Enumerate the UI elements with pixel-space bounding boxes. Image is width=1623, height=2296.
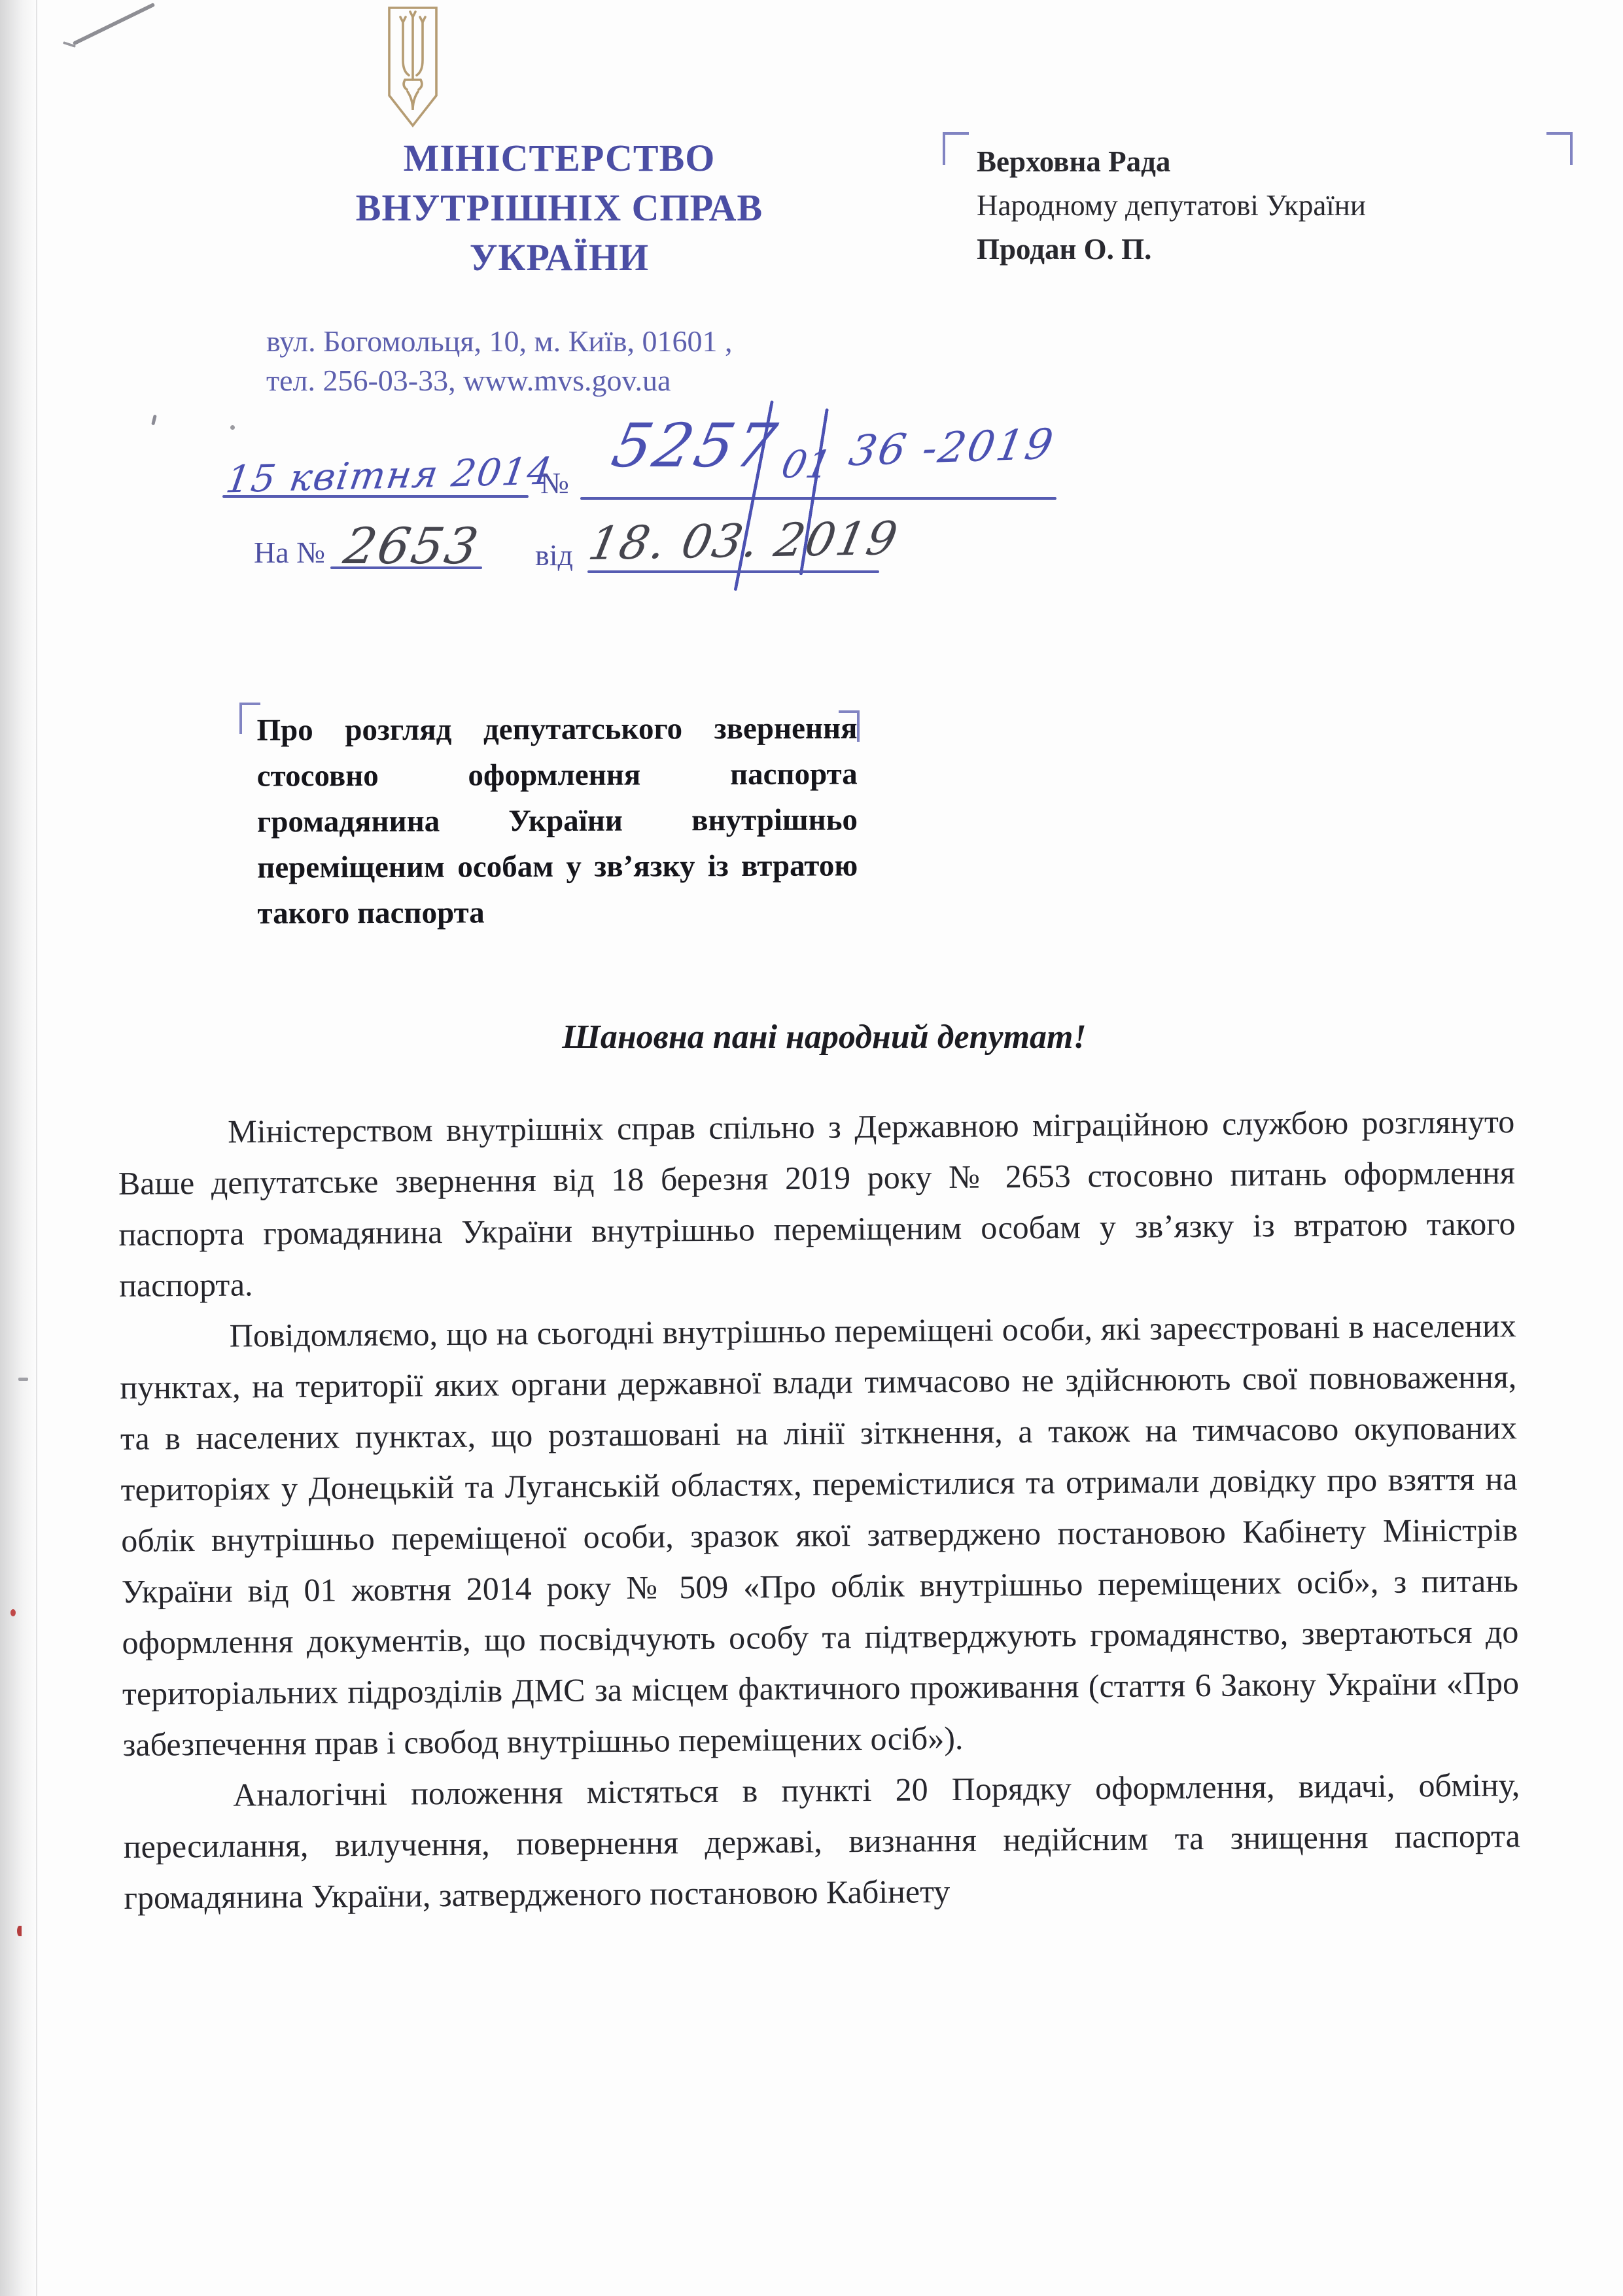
reply-date-underline [587, 570, 879, 573]
recipient-block: Верховна Рада Народному депутатові Украї… [977, 140, 1366, 271]
ministry-name-line2: ВНУТРІШНІХ СПРАВ [236, 183, 883, 233]
reply-date-handwritten: 18. 03. 2019 [584, 512, 903, 570]
address-line2: тел. 256-03-33, www.mvs.gov.ua [266, 361, 732, 400]
subject-block: Про розгляд депутатського звернення стос… [256, 705, 858, 936]
trident-center-tip [410, 12, 415, 17]
recipient-corner-mark-right [1546, 132, 1573, 165]
trident-base-left [404, 80, 407, 90]
trident-left-prong [403, 21, 409, 75]
scan-edge-line [36, 0, 37, 2296]
outgoing-date-handwritten: 15 квітня 2014 [223, 450, 556, 502]
ink-speck [151, 415, 157, 426]
reply-number-underline [330, 566, 482, 569]
trident-right-prong [417, 21, 423, 75]
ministry-name-block: МІНІСТЕРСТВО ВНУТРІШНІХ СПРАВ УКРАЇНИ [236, 133, 883, 283]
trident-bottom-fluke [408, 92, 418, 110]
salutation: Шановна пані народний депутат! [118, 1018, 1531, 1056]
outgoing-number-part2: 01 [778, 442, 835, 487]
ministry-address-block: вул. Богомольця, 10, м. Київ, 01601 , те… [266, 322, 732, 400]
ink-speck [18, 1378, 28, 1381]
red-speck [10, 1609, 16, 1616]
scanned-letter-page: МІНІСТЕРСТВО ВНУТРІШНІХ СПРАВ УКРАЇНИ ву… [0, 0, 1623, 2296]
body-paragraph-3: Аналогічні положення містяться в пункті … [123, 1759, 1521, 1923]
ink-speck [230, 425, 235, 430]
recipient-corner-mark-left [943, 132, 969, 165]
outgoing-number-part3: 36 -2019 [845, 421, 1058, 476]
trident-base-right [419, 80, 422, 90]
body-paragraph-1: Міністерством внутрішніх справ спільно з… [118, 1096, 1516, 1311]
date-underline [222, 495, 529, 498]
recipient-name: Продан О. П. [977, 228, 1366, 271]
body-paragraph-2: Повідомляємо, що на сьогодні внутрішньо … [119, 1300, 1519, 1770]
red-speck [17, 1926, 22, 1936]
trident-left-tip [400, 17, 406, 22]
reply-prefix-label: На № [254, 535, 325, 570]
ukraine-trident-emblem [385, 5, 441, 130]
staple-mark [73, 3, 156, 46]
number-underline [580, 497, 1056, 500]
trident-right-tip [420, 17, 425, 22]
ministry-name-line3: УКРАЇНИ [236, 233, 883, 283]
letter-body: Міністерством внутрішніх справ спільно з… [118, 1096, 1521, 1923]
recipient-role: Народному депутатові України [977, 184, 1366, 228]
reply-from-label: від [535, 538, 573, 572]
ministry-name-line1: МІНІСТЕРСТВО [236, 133, 883, 183]
number-sign-label: № [540, 466, 569, 500]
recipient-organization: Верховна Рада [977, 140, 1366, 184]
address-line1: вул. Богомольця, 10, м. Київ, 01601 , [266, 322, 732, 361]
scan-edge-shadow [0, 0, 38, 2296]
